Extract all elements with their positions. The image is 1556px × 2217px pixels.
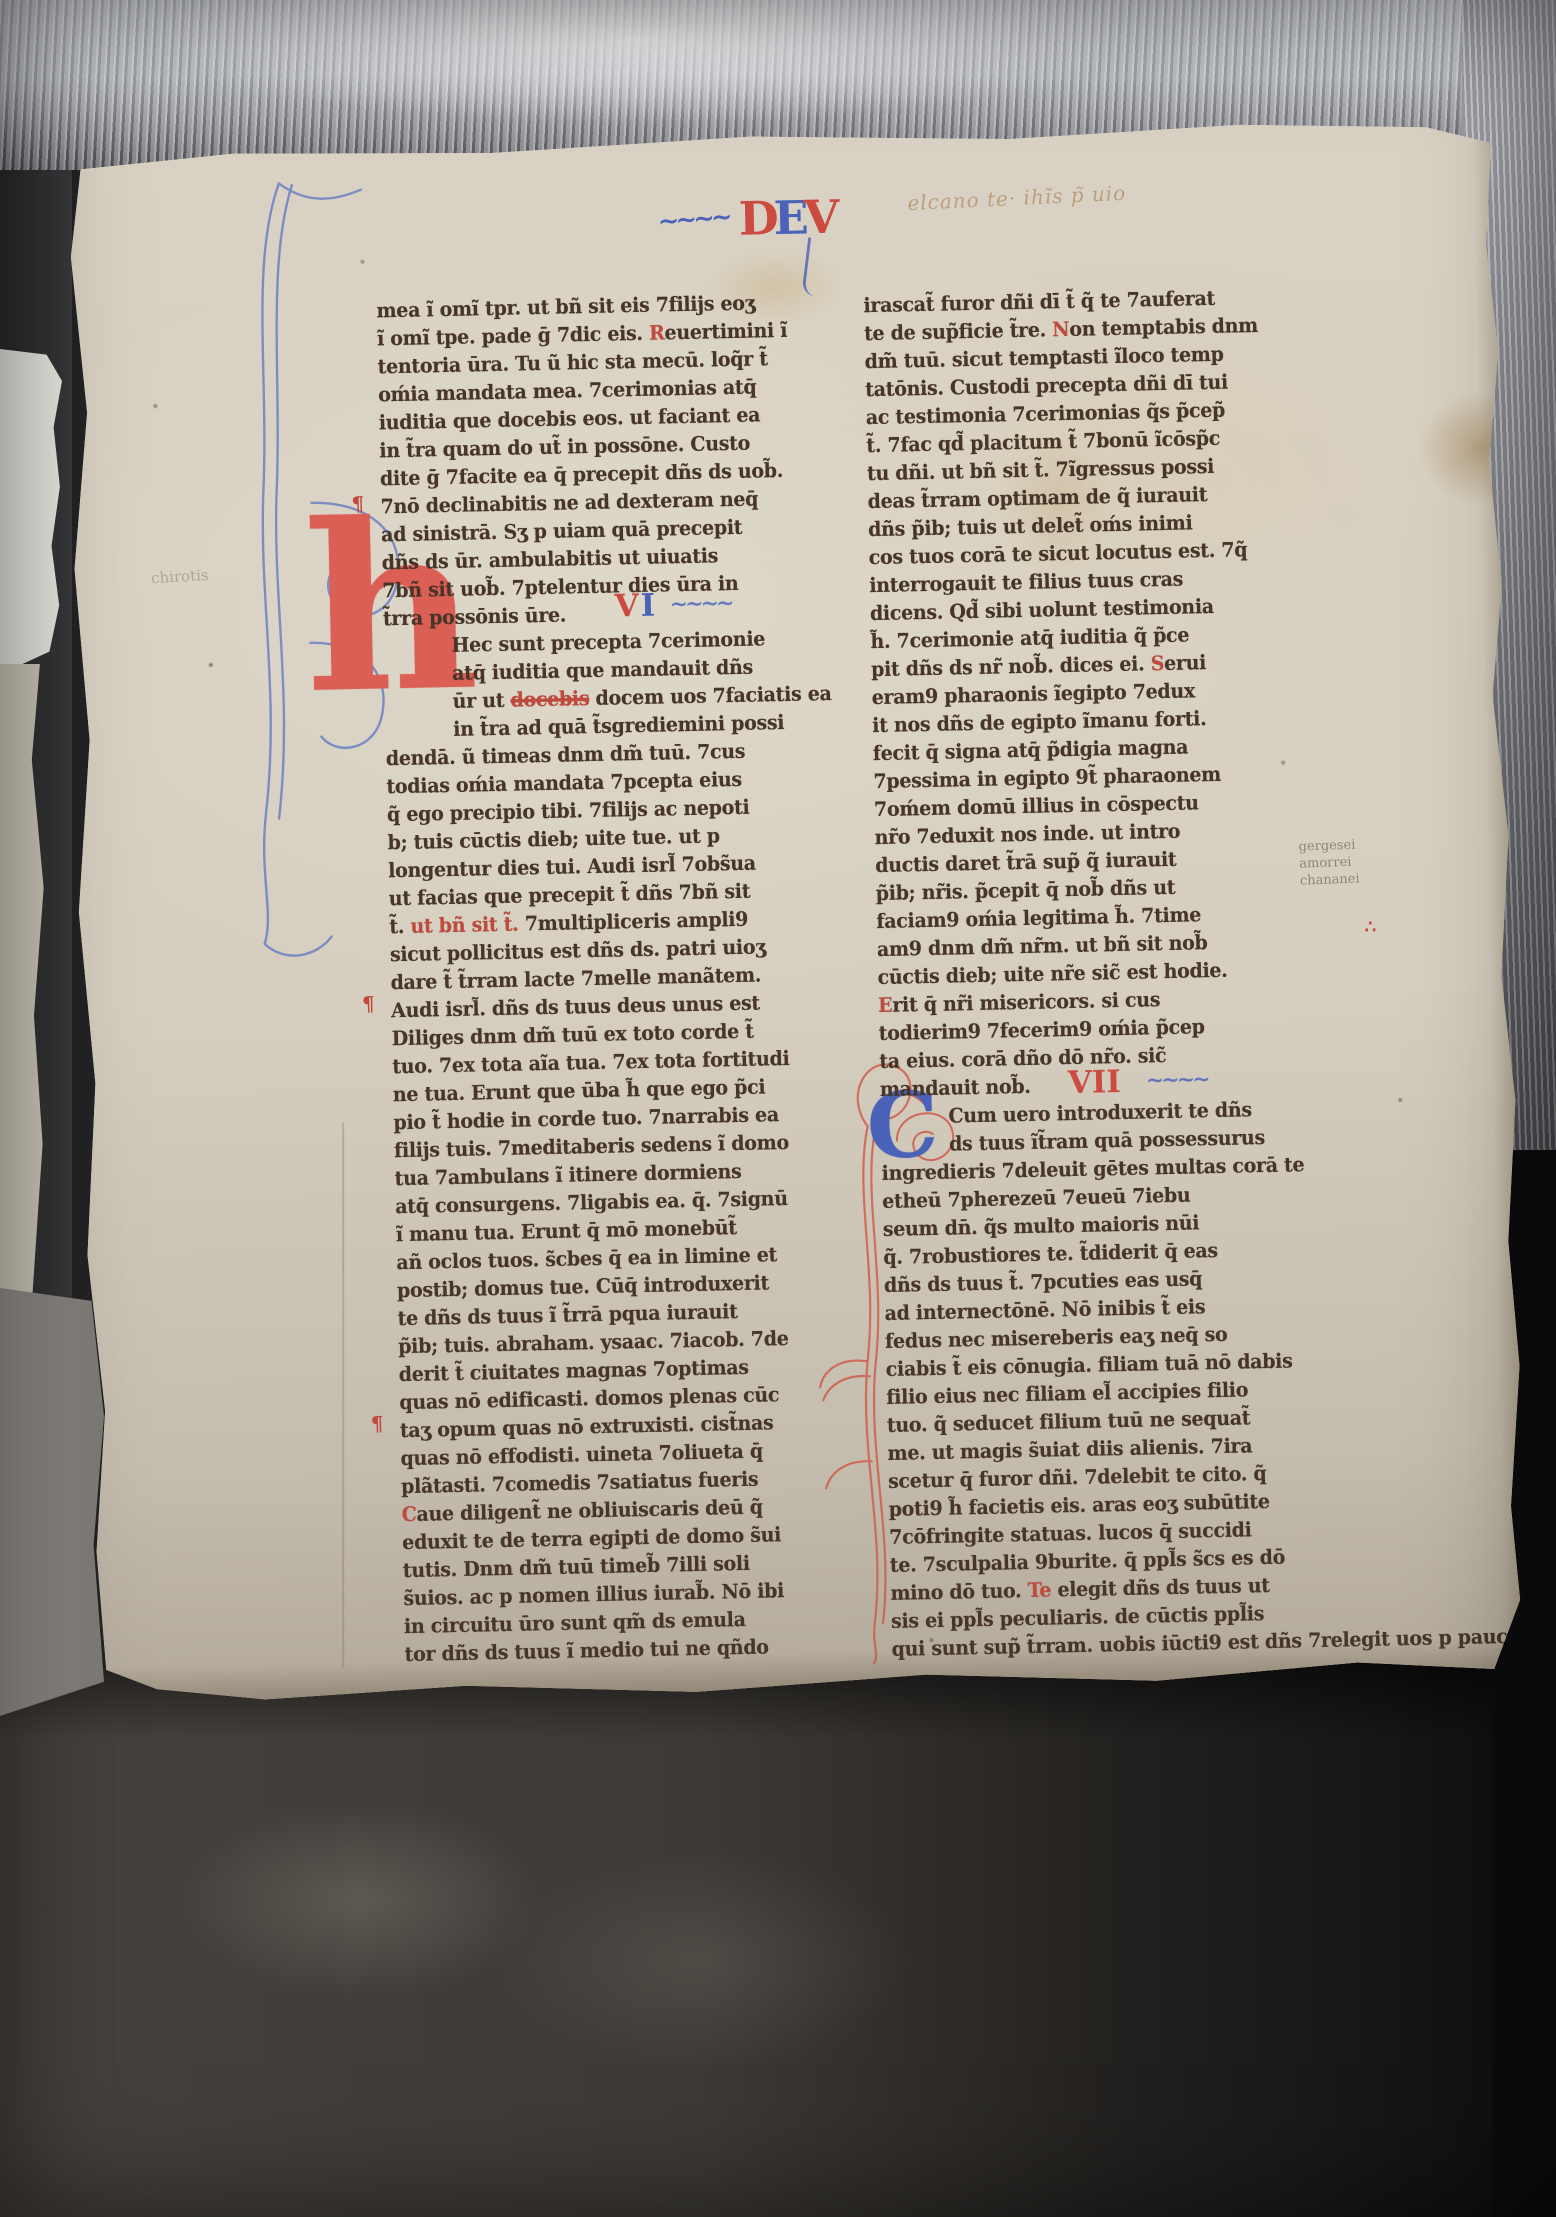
pen-squiggle-icon: ~~~~: [656, 194, 730, 245]
chapter-vi-numeral-i: I: [640, 588, 655, 624]
running-title-letter: V: [803, 194, 840, 241]
margin-gloss-left: chirotis: [151, 566, 210, 587]
text-column-right: irascat̃ furor dñi dī t̃ q̃ te 7auferatt…: [863, 281, 1362, 1663]
red-dots-mark: ∴: [1364, 917, 1376, 938]
sleeve-bottom: [0, 1660, 1556, 2217]
chapter-vii-numeral: VII: [1067, 1064, 1121, 1101]
red-paraph-mark: ¶: [351, 492, 364, 516]
chapter-vi-numeral-v: V: [614, 588, 639, 624]
red-paraph-mark: ¶: [362, 992, 375, 1016]
adjacent-leaf-edge-white: [0, 348, 62, 678]
chapter-vi-line-filler: ~~~~: [669, 590, 731, 617]
mat-board-edge-gray: [0, 1288, 104, 1716]
text-column-left: mea ĩ omĩ tpr. ut bñ sit eis 7filijs eoʒ…: [376, 287, 850, 1668]
red-paraph-mark: ¶: [371, 1412, 384, 1436]
manuscript-photo: ~~~~ DEV elcano te· ihĩs p̃ uio: [0, 0, 1556, 2217]
margin-gloss-line: chananei: [1300, 870, 1360, 889]
manuscript-leaf: ~~~~ DEV elcano te· ihĩs p̃ uio: [60, 118, 1530, 1708]
margin-gloss-right: gergeseiamorreichananei: [1298, 836, 1360, 889]
parchment-crease: [342, 1122, 344, 1667]
chapter-vii-line-filler: ~~~~: [1145, 1066, 1207, 1093]
